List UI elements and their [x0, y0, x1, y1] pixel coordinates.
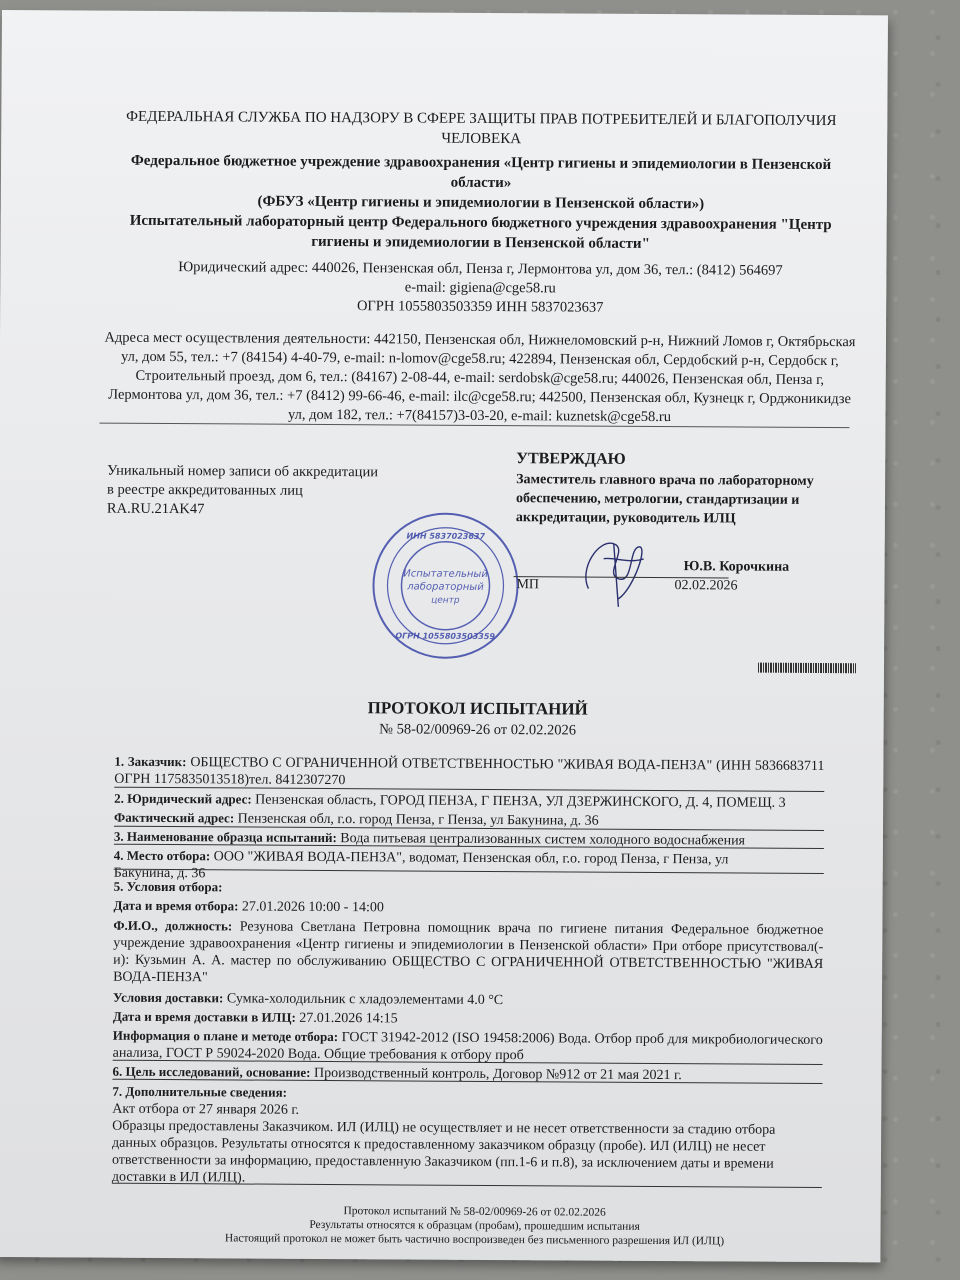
legal-address-label: 2. Юридический адрес:: [114, 791, 252, 807]
approval-block: УТВЕРЖДАЮ Заместитель главного врача по …: [516, 448, 846, 529]
sampling-datetime-value: 27.01.2026 10:00 - 14:00: [242, 899, 384, 915]
mp-label: МП: [516, 577, 539, 593]
stamp-inn: ИНН 5837023637: [406, 531, 485, 540]
document-page: ФЕДЕРАЛЬНАЯ СЛУЖБА ПО НАДЗОРУ В СФЕРЕ ЗА…: [0, 10, 888, 1262]
sampler-label: Ф.И.О., должность:: [113, 918, 232, 934]
customer-label: 1. Заказчик:: [114, 754, 186, 769]
additional-info-label: 7. Дополнительные сведения:: [112, 1084, 287, 1100]
activity-addresses: Адреса мест осуществления деятельности: …: [99, 329, 860, 429]
stamp-ogrn: ОГРН 1055803503359: [395, 631, 495, 641]
accreditation-line1: Уникальный номер записи об аккредитации: [107, 462, 378, 483]
accreditation-number: RA.RU.21AK47: [107, 500, 378, 521]
approval-title: УТВЕРЖДАЮ: [516, 448, 846, 472]
sampling-plan-label: Информация о плане и методе отбора:: [113, 1028, 338, 1044]
legal-address-block: Юридический адрес: 440026, Пензенская об…: [100, 258, 860, 320]
stamp-center-line1: Испытательный: [403, 568, 488, 580]
signer-name: Ю.В. Корочкина: [684, 559, 790, 576]
delivery-conditions-label: Условия доставки:: [113, 990, 223, 1006]
sample-name-label: 3. Наименование образца испытаний:: [114, 829, 337, 845]
section-customer: 1. Заказчик: ОБЩЕСТВО С ОГРАНИЧЕННОЙ ОТВ…: [114, 753, 824, 792]
approval-role: Заместитель главного врача по лабораторн…: [516, 470, 846, 529]
lab-center-name: Испытательный лабораторный центр Федерал…: [101, 211, 861, 256]
sampling-conditions-label: 5. Условия отбора:: [114, 879, 223, 895]
accreditation-line2: в реестре аккредитованных лиц: [107, 481, 378, 502]
page-footer: Протокол испытаний № 58-02/00969-26 от 0…: [94, 1203, 854, 1250]
delivery-conditions-value: Сумка-холодильник с хладоэлементами 4.0 …: [227, 991, 503, 1008]
delivery-datetime-label: Дата и время доставки в ИЛЦ:: [113, 1009, 296, 1025]
sampling-datetime-label: Дата и время отбора:: [113, 898, 238, 914]
institution-block: Федеральное бюджетное учреждение здравоо…: [101, 151, 861, 216]
sampling-place-label: 4. Место отбора:: [114, 848, 210, 864]
round-stamp-icon: Испытательный лабораторный центр ИНН 583…: [370, 510, 521, 661]
protocol-title: ПРОТОКОЛ ИСПЫТАНИЙ: [98, 697, 858, 722]
signature-icon: [558, 528, 668, 609]
actual-address-label: Фактический адрес:: [114, 810, 234, 826]
legal-address-value: Пензенская область, ГОРОД ПЕНЗА, Г ПЕНЗА…: [255, 793, 785, 811]
stamp-center-line2: лабораторный: [406, 580, 484, 592]
purpose-label: 6. Цель исследований, основание:: [112, 1064, 310, 1080]
stamp-center-line3: центр: [431, 596, 460, 606]
barcode-icon: [758, 663, 856, 674]
sampling-datetime: Дата и время отбора: 27.01.2026 10:00 - …: [113, 897, 823, 919]
additional-info-text: Образцы предоставлены Заказчиком. ИЛ (ИЛ…: [112, 1118, 822, 1190]
sampler-info: Ф.И.О., должность: Резунова Светлана Пет…: [113, 917, 823, 990]
approval-date: 02.02.2026: [674, 578, 737, 594]
accreditation-block: Уникальный номер записи об аккредитации …: [107, 462, 378, 521]
protocol-number: № 58-02/00969-26 от 02.02.2026: [98, 720, 858, 742]
institution-name: Федеральное бюджетное учреждение здравоо…: [101, 151, 861, 196]
ogrn-inn: ОГРН 1055803503359 ИНН 5837023637: [100, 296, 860, 320]
delivery-datetime-value: 27.01.2026 14:15: [299, 1011, 397, 1027]
section-additional-info: 7. Дополнительные сведения: Акт отбора о…: [112, 1083, 823, 1190]
customer-value: ОБЩЕСТВО С ОГРАНИЧЕННОЙ ОТВЕТСТВЕННОСТЬЮ…: [114, 755, 824, 788]
agency-name: ФЕДЕРАЛЬНАЯ СЛУЖБА ПО НАДЗОРУ В СФЕРЕ ЗА…: [101, 107, 861, 152]
